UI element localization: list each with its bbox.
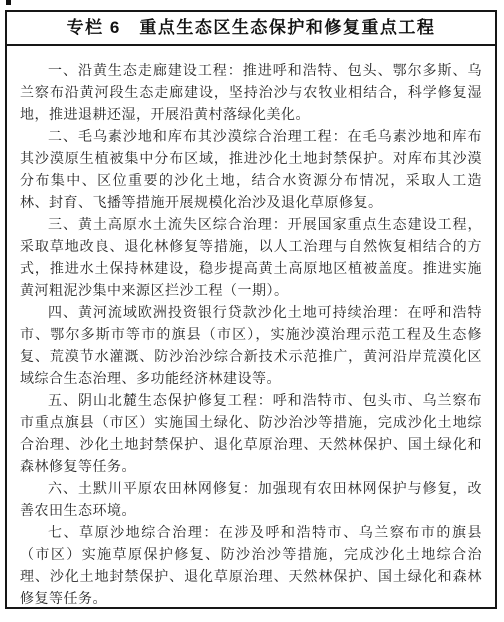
body-paragraph: 四、黄河流域欧洲投资银行贷款沙化土地可持续治理：在呼和浩特市、鄂尔多斯市等市的旗… xyxy=(20,303,482,391)
highlight-box-column6: 专栏 6 重点生态区生态保护和修复重点工程 一、沿黄生态走廊建设工程：推进呼和浩… xyxy=(5,10,497,609)
body-paragraph: 二、毛乌素沙地和库布其沙漠综合治理工程：在毛乌素沙地和库布其沙漠原生植被集中分布… xyxy=(20,127,482,215)
body-paragraph: 三、黄土高原水土流失区综合治理：开展国家重点生态建设工程，采取草地改良、退化林修… xyxy=(20,215,482,303)
panel-body: 一、沿黄生态走廊建设工程：推进呼和浩特、包头、鄂尔多斯、乌兰察布沿黄河段生态走廊… xyxy=(7,46,495,611)
body-paragraph: 五、阴山北麓生态保护修复工程：呼和浩特市、包头市、乌兰察布市重点旗县（市区）实施… xyxy=(20,391,482,479)
panel-title: 专栏 6 重点生态区生态保护和修复重点工程 xyxy=(7,12,495,46)
body-paragraph: 一、沿黄生态走廊建设工程：推进呼和浩特、包头、鄂尔多斯、乌兰察布沿黄河段生态走廊… xyxy=(20,61,482,127)
body-paragraph: 六、土默川平原农田林网修复：加强现有农田林网保护与修复，改善农田生态环境。 xyxy=(20,479,482,523)
body-paragraph: 七、草原沙地综合治理：在涉及呼和浩特市、乌兰察布市的旗县（市区）实施草原保护修复… xyxy=(20,523,482,611)
scan-edge-artifact xyxy=(6,0,11,5)
